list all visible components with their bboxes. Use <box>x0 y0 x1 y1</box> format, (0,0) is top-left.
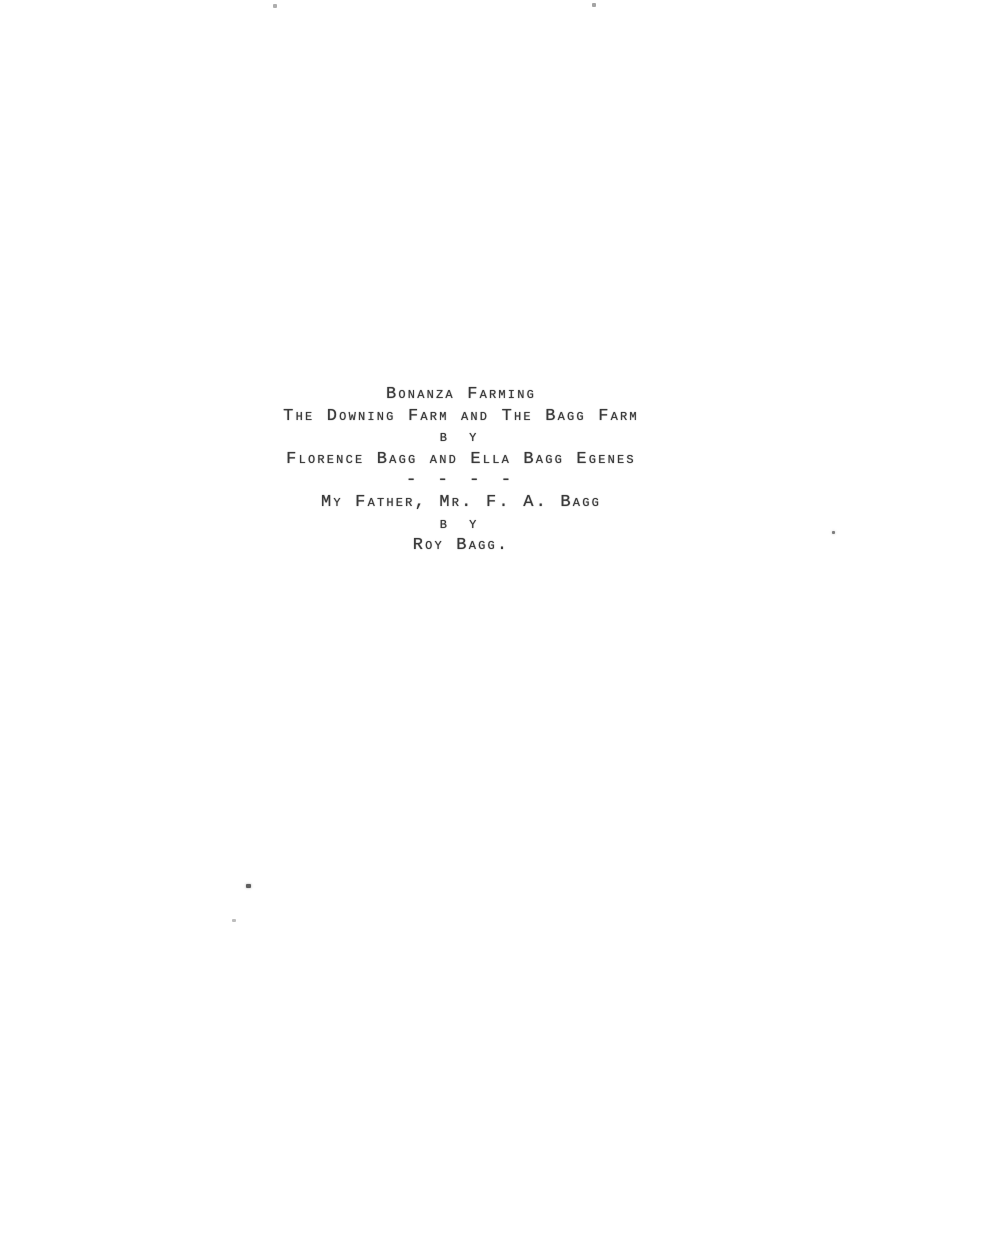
scanned-page: Bonanza Farming The Downing Farm and The… <box>0 0 1000 1246</box>
dust-speck <box>273 4 277 8</box>
page-title: Bonanza Farming <box>0 384 922 406</box>
byline-2: b y <box>0 514 922 536</box>
subtitle-line: The Downing Farm and The Bagg Farm <box>0 406 922 428</box>
dust-speck <box>832 531 835 534</box>
dust-speck <box>246 884 251 888</box>
second-author-line: Roy Bagg. <box>0 535 922 557</box>
separator-dashes: - - - - <box>0 470 922 492</box>
title-block: Bonanza Farming The Downing Farm and The… <box>0 384 922 557</box>
second-title-line: My Father, Mr. F. A. Bagg <box>0 492 922 514</box>
byline-1: b y <box>0 427 922 449</box>
authors-line: Florence Bagg and Ella Bagg Egenes <box>0 449 922 471</box>
dust-speck <box>592 3 596 7</box>
dust-speck <box>232 919 236 922</box>
